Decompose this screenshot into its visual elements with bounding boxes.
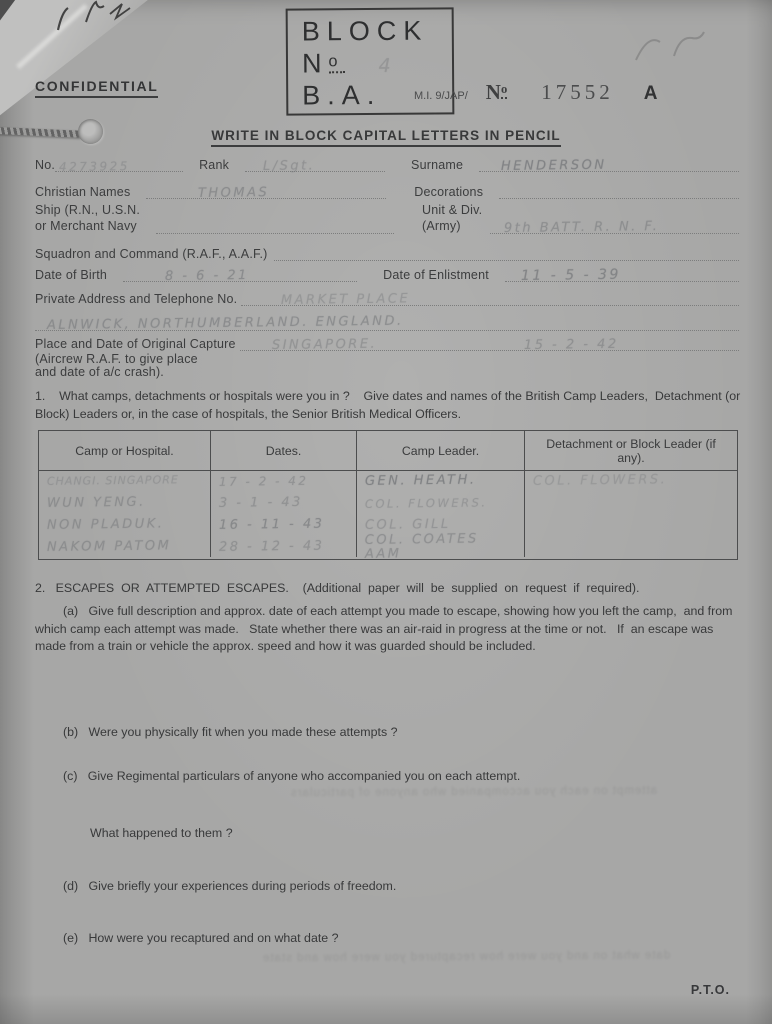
date-of-birth-field: 8 - 6 - 21 xyxy=(123,267,357,282)
christian-names-label: Christian Names xyxy=(35,185,130,199)
address-value: MARKET PLACE xyxy=(281,291,410,308)
address-field: MARKET PLACE xyxy=(241,291,739,306)
question2c-text: (c) Give Regimental particulars of anyon… xyxy=(63,768,723,786)
form-row-identity: No. 4273925 Rank L/Sgt. Surname HENDERSO… xyxy=(35,157,739,172)
form-row-dates: Date of Birth 8 - 6 - 21 Date of Enlistm… xyxy=(35,267,739,282)
stamp-block-number-pencil: 4 xyxy=(378,55,390,77)
form-row-names: Christian Names THOMAS Decorations xyxy=(35,184,739,199)
stamp-no-n: N xyxy=(302,48,329,78)
capture-date: 15 - 2 - 42 xyxy=(524,337,619,353)
col-header-dates: Dates. xyxy=(211,431,357,470)
ref-no-ordinal: o xyxy=(501,82,507,99)
ref-series-letter: A xyxy=(644,83,658,105)
address-label: Private Address and Telephone No. xyxy=(35,292,237,306)
address-field-line2: ALNWICK, NORTHUMBERLAND. ENGLAND. xyxy=(35,316,739,331)
unit-field: 9th BATT. R. N. F. xyxy=(490,219,739,234)
col-header-leader: Camp Leader. xyxy=(357,431,525,470)
confidential-label: CONFIDENTIAL xyxy=(35,78,158,98)
question2a-text: (a) Give full description and approx. da… xyxy=(35,603,743,656)
detachment-cell xyxy=(525,523,737,526)
camp-cell: WUN YENG. xyxy=(39,495,211,511)
faint-pen-mark xyxy=(630,26,710,70)
camp-cell: NON PLADUK. xyxy=(39,517,211,533)
date-of-enlistment-label: Date of Enlistment xyxy=(383,268,489,282)
form-row-squadron: Squadron and Command (R.A.F., A.A.F.) xyxy=(35,246,739,261)
squadron-field xyxy=(274,246,739,261)
ref-no-n: N xyxy=(486,80,501,104)
question2d-text: (d) Give briefly your experiences during… xyxy=(63,878,723,896)
ship-label-line1: Ship (R.N., U.S.N. xyxy=(35,203,140,219)
squadron-label: Squadron and Command (R.A.F., A.A.F.) xyxy=(35,247,268,261)
dates-cell: 16 - 11 - 43 xyxy=(211,517,357,532)
camp-cell: NAKOM PATOM xyxy=(39,539,211,555)
capture-field: SINGAPORE. 15 - 2 - 42 xyxy=(240,336,739,351)
stamp-block-word: BLOCK xyxy=(302,15,452,48)
camps-table: Camp or Hospital. Dates. Camp Leader. De… xyxy=(38,430,738,560)
rank-field: L/Sgt. xyxy=(245,157,385,172)
no-value: 4273925 xyxy=(59,159,130,174)
surname-field: HENDERSON xyxy=(479,157,739,172)
stamp-no-line: No4 xyxy=(302,47,452,80)
file-reference-line: M.I. 9/JAP/ No 17552 A xyxy=(414,80,658,105)
question2e-text: (e) How were you recaptured and on what … xyxy=(63,930,723,948)
bleed-through-text: attempt on each you accompanied who anyo… xyxy=(290,785,657,800)
form-instruction-text: WRITE IN BLOCK CAPITAL LETTERS IN PENCIL xyxy=(211,128,560,147)
question2b-text: (b) Were you physically fit when you mad… xyxy=(63,724,723,742)
ref-prefix: M.I. 9/JAP/ xyxy=(414,90,468,102)
form-instruction: WRITE IN BLOCK CAPITAL LETTERS IN PENCIL xyxy=(0,127,772,145)
question1-text: 1. What camps, detachments or hospitals … xyxy=(35,388,741,423)
pen-scribble xyxy=(52,0,148,38)
christian-names-field: THOMAS xyxy=(146,184,386,199)
table-row: WUN YENG. 3 - 1 - 43 COL. FLOWERS. xyxy=(39,493,737,515)
ref-no-label: No xyxy=(486,80,507,105)
form-row-address2: ALNWICK, NORTHUMBERLAND. ENGLAND. xyxy=(35,316,739,331)
date-of-birth-value: 8 - 6 - 21 xyxy=(165,268,249,284)
christian-names-value: THOMAS xyxy=(198,185,269,201)
date-of-enlistment-field: 11 - 5 - 39 xyxy=(505,267,739,282)
bleed-through-text: date what on and you were how recaptured… xyxy=(262,950,670,965)
capture-label-line3: and date of a/c crash). xyxy=(35,364,164,380)
question2c-followup-text: What happened to them ? xyxy=(90,825,233,843)
surname-label: Surname xyxy=(411,158,463,172)
unit-label-line2: (Army) xyxy=(422,219,482,235)
unit-label: Unit & Div. (Army) xyxy=(422,203,482,234)
leader-cell: GEN. HEATH. xyxy=(357,473,525,489)
date-of-enlistment-value: 11 - 5 - 39 xyxy=(521,267,621,284)
ship-label: Ship (R.N., U.S.N. or Merchant Navy xyxy=(35,203,140,234)
capture-place: SINGAPORE. xyxy=(271,337,376,353)
table-row: CHANGI. SINGAPORE 17 - 2 - 42 GEN. HEATH… xyxy=(39,471,737,493)
confidential-marking: CONFIDENTIAL xyxy=(35,78,158,96)
camps-table-header: Camp or Hospital. Dates. Camp Leader. De… xyxy=(39,431,737,471)
leader-cell: COL. COATES AAM xyxy=(357,532,525,561)
dates-cell: 3 - 1 - 43 xyxy=(211,495,357,510)
camps-table-body: CHANGI. SINGAPORE 17 - 2 - 42 GEN. HEATH… xyxy=(39,471,737,557)
dates-cell: 17 - 2 - 42 xyxy=(211,474,357,488)
detachment-cell: COL. FLOWERS. xyxy=(525,473,737,489)
leader-cell: COL. FLOWERS. xyxy=(357,496,525,510)
form-row-capture: Place and Date of Original Capture SINGA… xyxy=(35,336,739,351)
rank-value: L/Sgt. xyxy=(263,158,316,174)
detachment-cell xyxy=(525,501,737,504)
scanned-form-page: CONFIDENTIAL BLOCK No4 B.A. M.I. 9/JAP/ … xyxy=(0,0,772,1024)
pto-label: P.T.O. xyxy=(691,983,730,997)
stamp-no-ordinal: o xyxy=(328,52,344,73)
question2-heading: 2. ESCAPES OR ATTEMPTED ESCAPES. (Additi… xyxy=(35,580,741,598)
decorations-field xyxy=(499,184,739,199)
rank-label: Rank xyxy=(199,158,229,172)
detachment-cell xyxy=(525,545,737,548)
dates-cell: 28 - 12 - 43 xyxy=(211,539,357,554)
col-header-detachment: Detachment or Block Leader (if any). xyxy=(525,431,737,470)
table-row: NAKOM PATOM 28 - 12 - 43 COL. COATES AAM xyxy=(39,537,737,559)
unit-value: 9th BATT. R. N. F. xyxy=(504,219,660,236)
ship-field xyxy=(156,219,394,234)
form-row-address: Private Address and Telephone No. MARKET… xyxy=(35,291,739,306)
date-of-birth-label: Date of Birth xyxy=(35,268,107,282)
ref-number: 17552 xyxy=(541,80,614,105)
surname-value: HENDERSON xyxy=(501,158,607,174)
unit-label-line1: Unit & Div. xyxy=(422,203,482,219)
no-label: No. xyxy=(35,158,55,172)
address-value-line2: ALNWICK, NORTHUMBERLAND. ENGLAND. xyxy=(47,314,404,333)
no-field: 4273925 xyxy=(55,157,183,172)
form-row-service: Ship (R.N., U.S.N. or Merchant Navy Unit… xyxy=(35,203,739,234)
capture-label-line1: Place and Date of Original Capture xyxy=(35,337,236,351)
col-header-camp: Camp or Hospital. xyxy=(39,431,211,470)
camp-cell: CHANGI. SINGAPORE xyxy=(39,474,211,488)
ship-label-line2: or Merchant Navy xyxy=(35,219,140,235)
decorations-label: Decorations xyxy=(414,185,483,199)
leader-cell: COL. GILL xyxy=(357,517,525,533)
